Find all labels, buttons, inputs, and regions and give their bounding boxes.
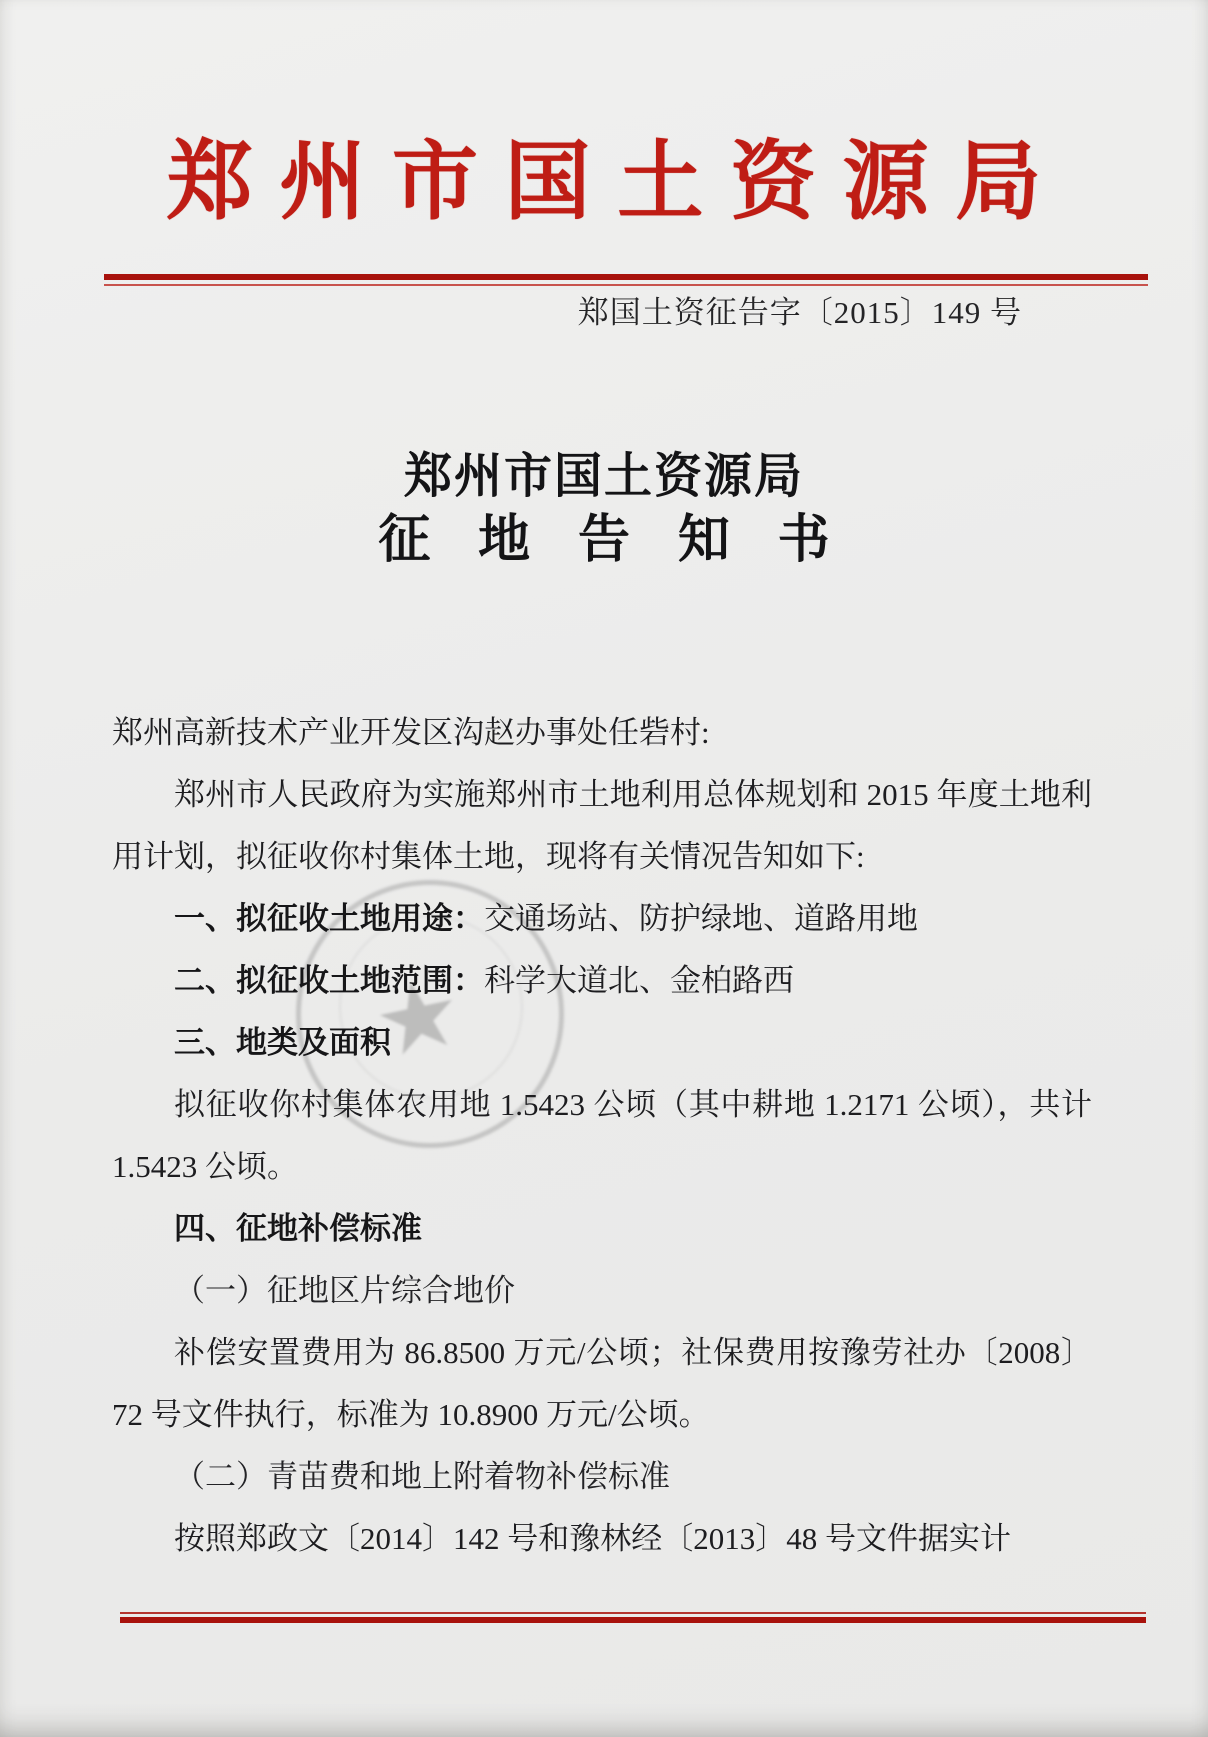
document-body: 郑州高新技术产业开发区沟赵办事处任砦村: 郑州市人民政府为实施郑州市土地利用总体… xyxy=(112,702,1092,1570)
sub-2-label: （二）青苗费和地上附着物补偿标准 xyxy=(174,1459,670,1494)
item-2-label: 二、拟征收土地范围： xyxy=(174,963,484,998)
addressee-line: 郑州高新技术产业开发区沟赵办事处任砦村: xyxy=(112,702,1092,764)
rule-thick xyxy=(104,274,1148,280)
document-title-line2: 征地告知书 xyxy=(0,506,1208,576)
document-number: 郑国土资征告字〔2015〕149 号 xyxy=(578,292,1022,334)
document-title-line1: 郑州市国土资源局 xyxy=(0,446,1208,508)
sub-1-heading: （一）征地区片综合地价 xyxy=(112,1260,1092,1322)
item-2-land-scope: 二、拟征收土地范围：科学大道北、金柏路西 xyxy=(112,950,1092,1012)
item-4-label: 四、征地补偿标准 xyxy=(174,1211,422,1246)
intro-paragraph: 郑州市人民政府为实施郑州市土地利用总体规划和 2015 年度土地利用计划，拟征收… xyxy=(112,764,1092,888)
item-1-label: 一、拟征收土地用途： xyxy=(174,901,484,936)
footer-double-rule xyxy=(120,1612,1146,1623)
last-paragraph: 按照郑政文〔2014〕142 号和豫林经〔2013〕48 号文件据实计 xyxy=(112,1508,1092,1570)
item-2-text: 科学大道北、金柏路西 xyxy=(484,963,794,998)
rule-thick xyxy=(120,1617,1146,1623)
area-paragraph: 拟征收你村集体农用地 1.5423 公顷（其中耕地 1.2171 公顷），共计 … xyxy=(112,1074,1092,1198)
scanned-document-page: 郑州市国土资源局 郑国土资征告字〔2015〕149 号 郑州市国土资源局 征地告… xyxy=(0,0,1208,1737)
sub-1-label: （一）征地区片综合地价 xyxy=(174,1273,515,1308)
letterhead-double-rule xyxy=(104,274,1148,286)
rule-thin xyxy=(120,1612,1146,1614)
letterhead-title: 郑州市国土资源局 xyxy=(0,126,1208,238)
rule-thin xyxy=(104,284,1148,286)
item-1-text: 交通场站、防护绿地、道路用地 xyxy=(484,901,918,936)
compensation-paragraph: 补偿安置费用为 86.8500 万元/公顷；社保费用按豫劳社办〔2008〕72 … xyxy=(112,1322,1092,1446)
item-1-land-use: 一、拟征收土地用途：交通场站、防护绿地、道路用地 xyxy=(112,888,1092,950)
item-3-land-type-heading: 三、地类及面积 xyxy=(112,1012,1092,1074)
item-3-label: 三、地类及面积 xyxy=(174,1025,391,1060)
sub-2-heading: （二）青苗费和地上附着物补偿标准 xyxy=(112,1446,1092,1508)
item-4-compensation-heading: 四、征地补偿标准 xyxy=(112,1198,1092,1260)
